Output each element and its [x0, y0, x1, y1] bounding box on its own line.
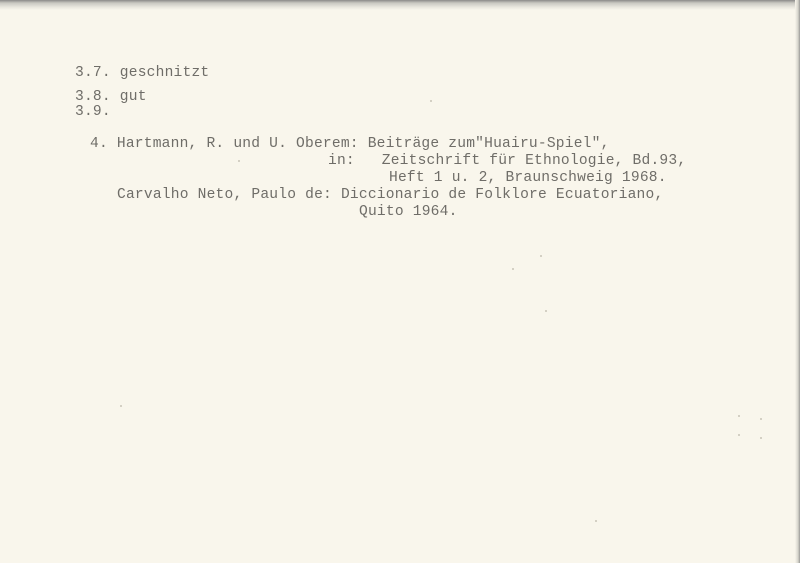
paper-speck [595, 520, 597, 522]
card-top-edge [0, 0, 800, 10]
item-3-7: 3.7. geschnitzt [75, 65, 209, 81]
reference-4-line-4: Carvalho Neto, Paulo de: Diccionario de … [117, 187, 663, 203]
reference-4-line-1: 4. Hartmann, R. und U. Oberem: Beiträge … [90, 136, 610, 152]
card-right-edge [795, 0, 800, 563]
index-card: 3.7. geschnitzt 3.8. gut 3.9. 4. Hartman… [0, 0, 800, 563]
paper-speck [738, 415, 740, 417]
paper-speck [120, 405, 122, 407]
item-3-9: 3.9. [75, 104, 111, 120]
item-3-8: 3.8. gut [75, 89, 147, 105]
paper-speck [545, 310, 547, 312]
reference-4-line-3: Heft 1 u. 2, Braunschweig 1968. [389, 170, 667, 186]
paper-speck [430, 100, 432, 102]
reference-4-line-5: Quito 1964. [359, 204, 458, 220]
paper-speck [760, 437, 762, 439]
paper-speck [512, 268, 514, 270]
paper-speck [540, 255, 542, 257]
paper-speck [760, 418, 762, 420]
reference-4-line-2: in: Zeitschrift für Ethnologie, Bd.93, [328, 153, 686, 169]
paper-speck [738, 434, 740, 436]
paper-speck [238, 160, 240, 162]
